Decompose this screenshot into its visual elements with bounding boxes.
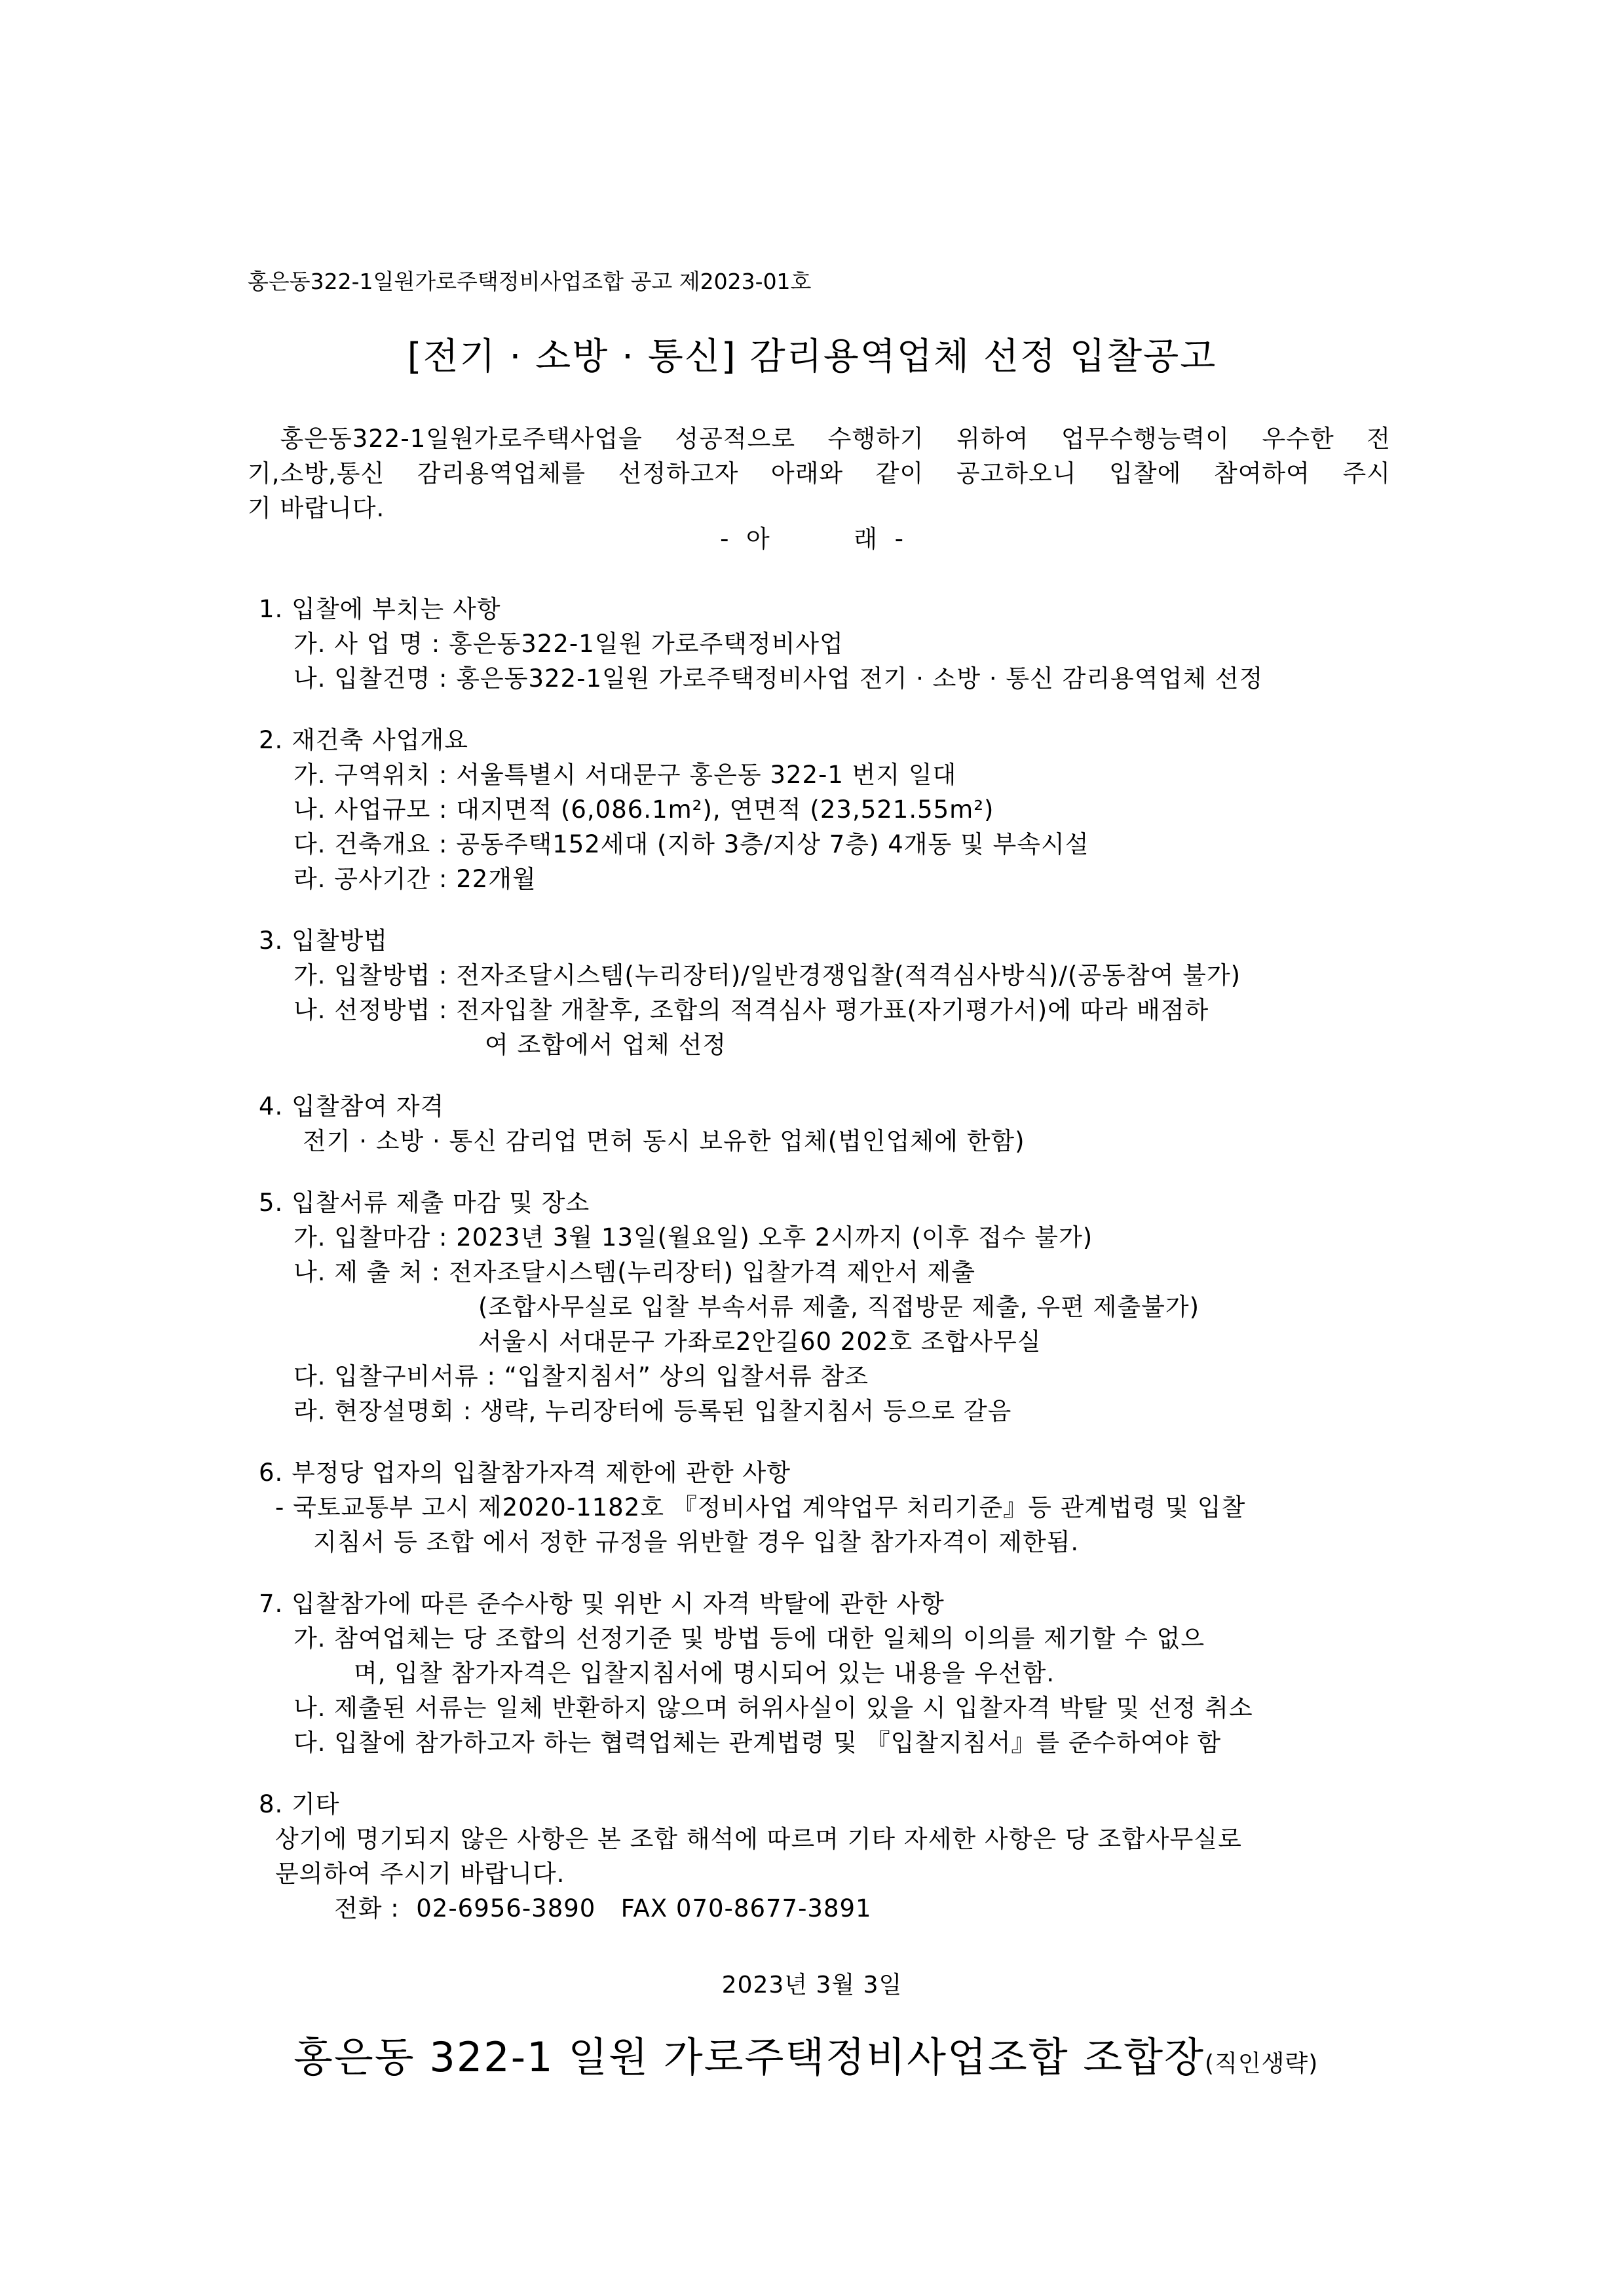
section-1-item-2: 나. 입찰건명 : 홍은동322-1일원 가로주택정비사업 전기 · 소방 · …	[293, 664, 1263, 693]
section-7-item-1-continuation: 며, 입찰 참가자격은 입찰지침서에 명시되어 있는 내용을 우선함.	[354, 1659, 1055, 1688]
signature-line: 홍은동 322-1 일원 가로주택정비사업조합 조합장(직인생략)	[293, 2031, 1318, 2090]
section-3-item-2: 나. 선정방법 : 전자입찰 개찰후, 조합의 적격심사 평가표(자기평가서)에…	[293, 996, 1209, 1025]
section-3-heading: 3. 입찰방법	[259, 927, 388, 955]
section-5-heading: 5. 입찰서류 제출 마감 및 장소	[259, 1189, 590, 1217]
section-4-body: 전기 · 소방 · 통신 감리업 면허 동시 보유한 업체(법인업체에 한함)	[303, 1127, 1025, 1156]
section-7-item-2: 나. 제출된 서류는 일체 반환하지 않으며 허위사실이 있을 시 입찰자격 박…	[293, 1694, 1253, 1723]
section-2-item-1: 가. 구역위치 : 서울특별시 서대문구 홍은동 322-1 번지 일대	[293, 761, 956, 790]
section-7-item-1: 가. 참여업체는 당 조합의 선정기준 및 방법 등에 대한 일체의 이의를 제…	[293, 1624, 1205, 1653]
contact-info: 전화 : 02-6956-3890 FAX 070-8677-3891	[334, 1894, 872, 1923]
signature-name: 홍은동 322-1 일원 가로주택정비사업조합 조합장	[293, 2033, 1205, 2081]
document-title: [전기 · 소방 · 통신] 감리용역업체 선정 입찰공고	[0, 334, 1624, 380]
section-7-heading: 7. 입찰참가에 따른 준수사항 및 위반 시 자격 박탈에 관한 사항	[259, 1590, 945, 1618]
section-5-continuation-2: 서울시 서대문구 가좌로2안길60 202호 조합사무실	[478, 1328, 1042, 1356]
section-2-item-4: 라. 공사기간 : 22개월	[293, 865, 537, 894]
section-3-item-1: 가. 입찰방법 : 전자조달시스템(누리장터)/일반경쟁입찰(적격심사방식)/(…	[293, 961, 1241, 990]
seal-omitted-note: (직인생략)	[1205, 2050, 1318, 2077]
section-1-item-1: 가. 사 업 명 : 홍은동322-1일원 가로주택정비사업	[293, 630, 844, 659]
section-6-line-2: 지침서 등 조합 에서 정한 규정을 위반할 경우 입찰 참가자격이 제한됨.	[313, 1528, 1079, 1557]
section-6-line-1: - 국토교통부 고시 제2020-1182호 『정비사업 계약업무 처리기준』등…	[275, 1493, 1245, 1522]
intro-line-2: 기,소방,통신 감리용역업체를 선정하고자 아래와 같이 공고하오니 입찰에 참…	[248, 459, 1391, 488]
section-2-heading: 2. 재건축 사업개요	[259, 726, 468, 755]
section-3-continuation: 여 조합에서 업체 선정	[485, 1031, 727, 1060]
section-6-heading: 6. 부정당 업자의 입찰참가자격 제한에 관한 사항	[259, 1459, 791, 1487]
section-1-heading: 1. 입찰에 부치는 사항	[259, 595, 501, 624]
notice-date: 2023년 3월 3일	[0, 1971, 1624, 2000]
section-5-continuation-1: (조합사무실로 입찰 부속서류 제출, 직접방문 제출, 우편 제출불가)	[478, 1293, 1199, 1322]
section-7-item-3: 다. 입찰에 참가하고자 하는 협력업체는 관계법령 및 『입찰지침서』를 준수…	[293, 1729, 1221, 1757]
section-5-item-2: 나. 제 출 처 : 전자조달시스템(누리장터) 입찰가격 제안서 제출	[293, 1258, 975, 1287]
section-5-item-1: 가. 입찰마감 : 2023년 3월 13일(월요일) 오후 2시까지 (이후 …	[293, 1223, 1093, 1252]
section-5-item-4: 라. 현장설명회 : 생략, 누리장터에 등록된 입찰지침서 등으로 갈음	[293, 1397, 1011, 1426]
section-4-heading: 4. 입찰참여 자격	[259, 1092, 444, 1121]
below-marker: - 아 래 -	[0, 525, 1624, 554]
section-8-line-2: 문의하여 주시기 바랍니다.	[275, 1860, 565, 1888]
intro-line-3: 기 바랍니다.	[248, 494, 1391, 523]
section-8-heading: 8. 기타	[259, 1790, 340, 1819]
section-5-item-3: 다. 입찰구비서류 : “입찰지침서” 상의 입찰서류 참조	[293, 1362, 869, 1391]
notice-number: 홍은동322-1일원가로주택정비사업조합 공고 제2023-01호	[248, 267, 811, 296]
section-8-line-1: 상기에 명기되지 않은 사항은 본 조합 해석에 따르며 기타 자세한 사항은 …	[275, 1825, 1242, 1854]
section-2-item-2: 나. 사업규모 : 대지면적 (6,086.1m²), 연면적 (23,521.…	[293, 795, 994, 824]
section-2-item-3: 다. 건축개요 : 공동주택152세대 (지하 3층/지상 7층) 4개동 및 …	[293, 830, 1089, 859]
intro-line-1: 홍은동322-1일원가로주택사업을 성공적으로 수행하기 위하여 업무수행능력이…	[248, 425, 1391, 453]
